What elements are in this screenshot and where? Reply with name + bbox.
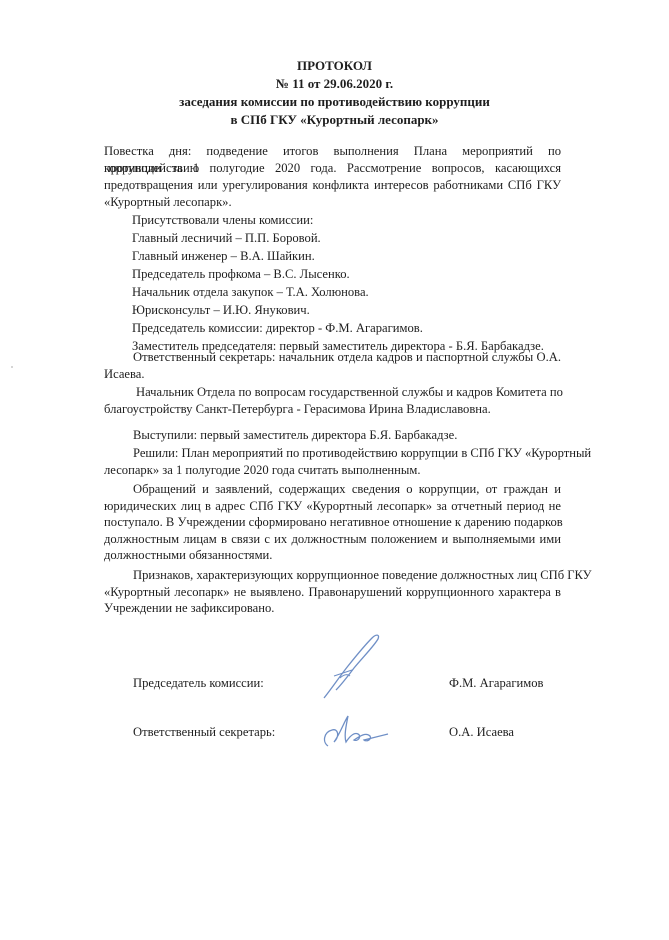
appeals-line: Обращений и заявлений, содержащих сведен…	[104, 481, 561, 498]
appeals-line: поступало. В Учреждении сформировано нег…	[104, 514, 561, 531]
appeals-line: должностными обязанностями.	[104, 547, 561, 564]
attendee-item: Председатель комиссии: директор - Ф.М. А…	[132, 319, 544, 337]
chair-name: Ф.М. Агарагимов	[449, 676, 543, 691]
appeals-paragraph: Обращений и заявлений, содержащих сведен…	[104, 481, 561, 564]
guest-line: благоустройству Санкт-Петербурга - Герас…	[104, 401, 561, 418]
findings-line: «Курортный лесопарк» не выявлено. Правон…	[104, 584, 561, 601]
attendee-item: Начальник отдела закупок – Т.А. Холюнова…	[132, 283, 544, 301]
guest-line: Начальник Отдела по вопросам государстве…	[104, 384, 561, 401]
attendee-item: Главный инженер – В.А. Шайкин.	[132, 247, 544, 265]
secretary-line: Исаева.	[104, 366, 561, 383]
speakers-line: Выступили: первый заместитель директора …	[104, 427, 561, 444]
attendees-heading: Присутствовали члены комиссии:	[132, 211, 544, 229]
document-title: ПРОТОКОЛ	[0, 57, 669, 75]
attendee-item: Юрисконсульт – И.Ю. Янукович.	[132, 301, 544, 319]
secretary-line: Ответственный секретарь: начальник отдел…	[104, 349, 561, 366]
appeals-line: юридических лиц в адрес СПб ГКУ «Курортн…	[104, 498, 561, 515]
meeting-subject: заседания комиссии по противодействию ко…	[0, 93, 669, 111]
agenda-line: «Курортный лесопарк».	[104, 194, 561, 211]
secretary-paragraph: Ответственный секретарь: начальник отдел…	[104, 349, 561, 382]
agenda-line: предотвращения или урегулирования конфли…	[104, 177, 561, 194]
appeals-line: должностным лицам в связи с их должностн…	[104, 531, 561, 548]
decision-line: лесопарк» за 1 полугодие 2020 года счита…	[104, 462, 561, 479]
agenda-line: Повестка дня: подведение итогов выполнен…	[104, 143, 561, 160]
findings-paragraph: Признаков, характеризующих коррупционное…	[104, 567, 561, 617]
guest-paragraph: Начальник Отдела по вопросам государстве…	[104, 384, 561, 417]
secretary-signature-label: Ответственный секретарь:	[133, 725, 275, 740]
chair-signature-icon	[318, 630, 388, 702]
attendee-item: Председатель профкома – В.С. Лысенко.	[132, 265, 544, 283]
secretary-signature-icon	[318, 712, 390, 752]
attendee-item: Главный лесничий – П.П. Боровой.	[132, 229, 544, 247]
agenda-line: коррупции за 1 полугодие 2020 года. Расс…	[104, 160, 561, 177]
speakers-paragraph: Выступили: первый заместитель директора …	[104, 427, 561, 444]
protocol-number: № 11 от 29.06.2020 г.	[0, 75, 669, 93]
findings-line: Признаков, характеризующих коррупционное…	[104, 567, 561, 584]
decision-line: Решили: План мероприятий по противодейст…	[104, 445, 561, 462]
secretary-name: О.А. Исаева	[449, 725, 514, 740]
chair-signature-label: Председатель комиссии:	[133, 676, 264, 691]
findings-line: Учреждении не зафиксировано.	[104, 600, 561, 617]
agenda-paragraph: Повестка дня: подведение итогов выполнен…	[104, 143, 561, 211]
protocol-page: ПРОТОКОЛ № 11 от 29.06.2020 г. заседания…	[0, 0, 669, 940]
scan-speck	[11, 366, 13, 368]
attendees-list: Присутствовали члены комиссии: Главный л…	[132, 211, 544, 355]
decision-paragraph: Решили: План мероприятий по противодейст…	[104, 445, 561, 478]
organization-name: в СПб ГКУ «Курортный лесопарк»	[0, 111, 669, 129]
document-header: ПРОТОКОЛ № 11 от 29.06.2020 г. заседания…	[0, 57, 669, 129]
